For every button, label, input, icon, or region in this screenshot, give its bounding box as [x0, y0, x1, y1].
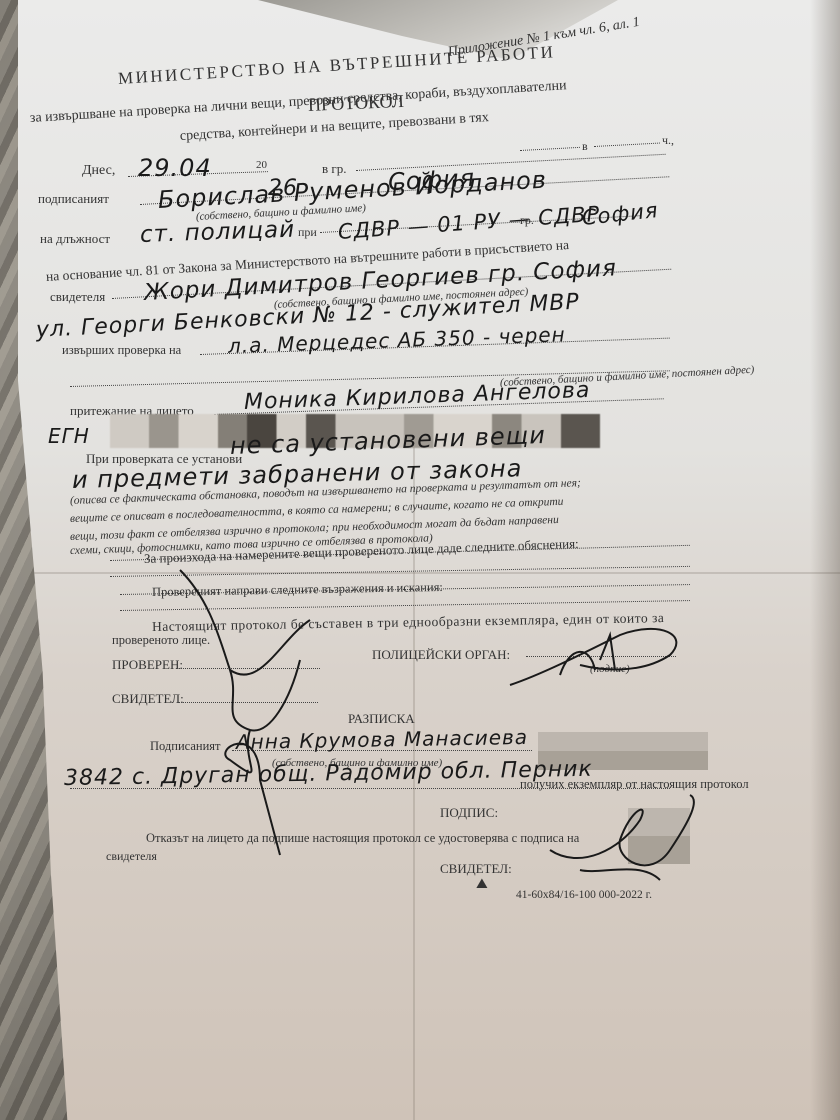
time-hour-dots [594, 143, 660, 147]
position-value: ст. полицай [140, 217, 296, 248]
owner-hint: (собствено, бащино и фамилно име, постоя… [500, 365, 755, 389]
date-label: Днес, [82, 164, 115, 178]
owner-egn-prefix: ЕГН [48, 424, 90, 448]
city2-label: гр. [520, 214, 534, 226]
at-label: при [298, 226, 317, 238]
protocol-document: Приложение № 1 към чл. 6, ал. 1 МИНИСТЕР… [0, 0, 840, 1120]
refusal-text-line2: свидетеля [106, 850, 157, 862]
receipt-address-value: 3842 с. Друган общ. Радомир обл. Перник [64, 757, 593, 791]
date-value: 29.04 [138, 154, 212, 182]
receipt-signature-label: ПОДПИС: [440, 806, 498, 819]
witness-label: свидетеля [50, 290, 105, 303]
receipt-title: РАЗПИСКА [348, 712, 415, 725]
receipt-received-text: получих екземпляр от настоящия протокол [520, 778, 749, 791]
time-prefix: в [582, 140, 588, 152]
signer-label: подписаният [38, 192, 109, 205]
year-prefix: 20 [256, 160, 267, 171]
city-label: в гр. [322, 162, 346, 175]
receipt-signature [540, 790, 710, 890]
time-dots [520, 147, 580, 151]
position-label: на длъжност [40, 232, 110, 245]
inspected-person-signature [170, 560, 320, 860]
police-signature [500, 615, 690, 695]
inspection-label: извърших проверка на [62, 344, 181, 357]
receipt-witness-label: СВИДЕТЕЛ: [440, 862, 512, 875]
protocol-subtitle-line2: средства, контейнери и на вещите, превоз… [180, 111, 490, 144]
printer-logo-icon: ⛰ [476, 878, 488, 892]
time-suffix: ч., [662, 134, 674, 146]
police-label: ПОЛИЦЕЙСКИ ОРГАН: [372, 648, 510, 661]
ministry-header: МИНИСТЕРСТВО НА ВЪТРЕШНИТЕ РАБОТИ [117, 43, 555, 87]
print-code: 41-60x84/16-100 000-2022 г. [516, 890, 652, 902]
